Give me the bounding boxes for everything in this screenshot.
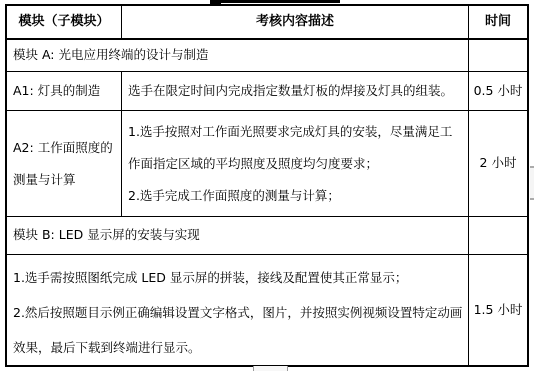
table-header-row: 模块（子模块） 考核内容描述 时间 [7,6,527,40]
a1-description-cell: 选手在限定时间内完成指定数量灯板的焊接及灯具的组装。 [122,72,469,110]
b-description-cell: 1.选手需按照图纸完成 LED 显示屏的拼装，接线及配置使其正常显示； 2.然后… [7,255,469,365]
section-b-title: 模块 B: LED 显示屏的安装与实现 [7,217,469,254]
a2-module-cell: A2: 工作面照度的测量与计算 [7,111,122,216]
b-description-item-2: 2.然后按照题目示例正确编辑设置文字格式，图片，并按照实例视频设置特定动画效果，… [13,295,464,365]
section-row-module-a: 模块 A: 光电应用终端的设计与制造 [7,40,527,72]
a2-description-item-2: 2.选手完成工作面照度的测量与计算； [128,180,464,212]
section-a-time-cell [469,40,527,71]
a1-module-cell: A1: 灯具的制造 [7,72,122,110]
cutoff-ui-fragment-bottom [253,366,288,371]
document-page: 模块（子模块） 考核内容描述 时间 模块 A: 光电应用终端的设计与制造 A1:… [0,0,535,371]
cutoff-title-fragment [210,0,340,3]
section-a-title: 模块 A: 光电应用终端的设计与制造 [7,40,469,71]
b-time-cell: 1.5 小时 [469,255,527,365]
header-cell-module: 模块（子模块） [7,6,122,38]
a2-description-cell: 1.选手按照对工作面光照要求完成灯具的安装，尽量满足工作面指定区域的平均照度及照… [122,111,469,216]
a2-description-item-1: 1.选手按照对工作面光照要求完成灯具的安装，尽量满足工作面指定区域的平均照度及照… [128,116,464,180]
scrollbar-fragment-right[interactable] [530,166,534,200]
section-b-time-cell [469,217,527,254]
b-description-item-1: 1.选手需按照图纸完成 LED 显示屏的拼装，接线及配置使其正常显示； [13,260,464,295]
table-row-a1: A1: 灯具的制造 选手在限定时间内完成指定数量灯板的焊接及灯具的组装。 0.5… [7,72,527,111]
header-cell-description: 考核内容描述 [122,6,469,38]
a1-time-cell: 0.5 小时 [469,72,527,110]
section-row-module-b: 模块 B: LED 显示屏的安装与实现 [7,217,527,255]
table-row-a2: A2: 工作面照度的测量与计算 1.选手按照对工作面光照要求完成灯具的安装，尽量… [7,111,527,217]
header-cell-time: 时间 [469,6,527,38]
a2-time-cell: 2 小时 [469,111,527,216]
table-row-b: 1.选手需按照图纸完成 LED 显示屏的拼装，接线及配置使其正常显示； 2.然后… [7,255,527,365]
assessment-table: 模块（子模块） 考核内容描述 时间 模块 A: 光电应用终端的设计与制造 A1:… [5,4,529,367]
